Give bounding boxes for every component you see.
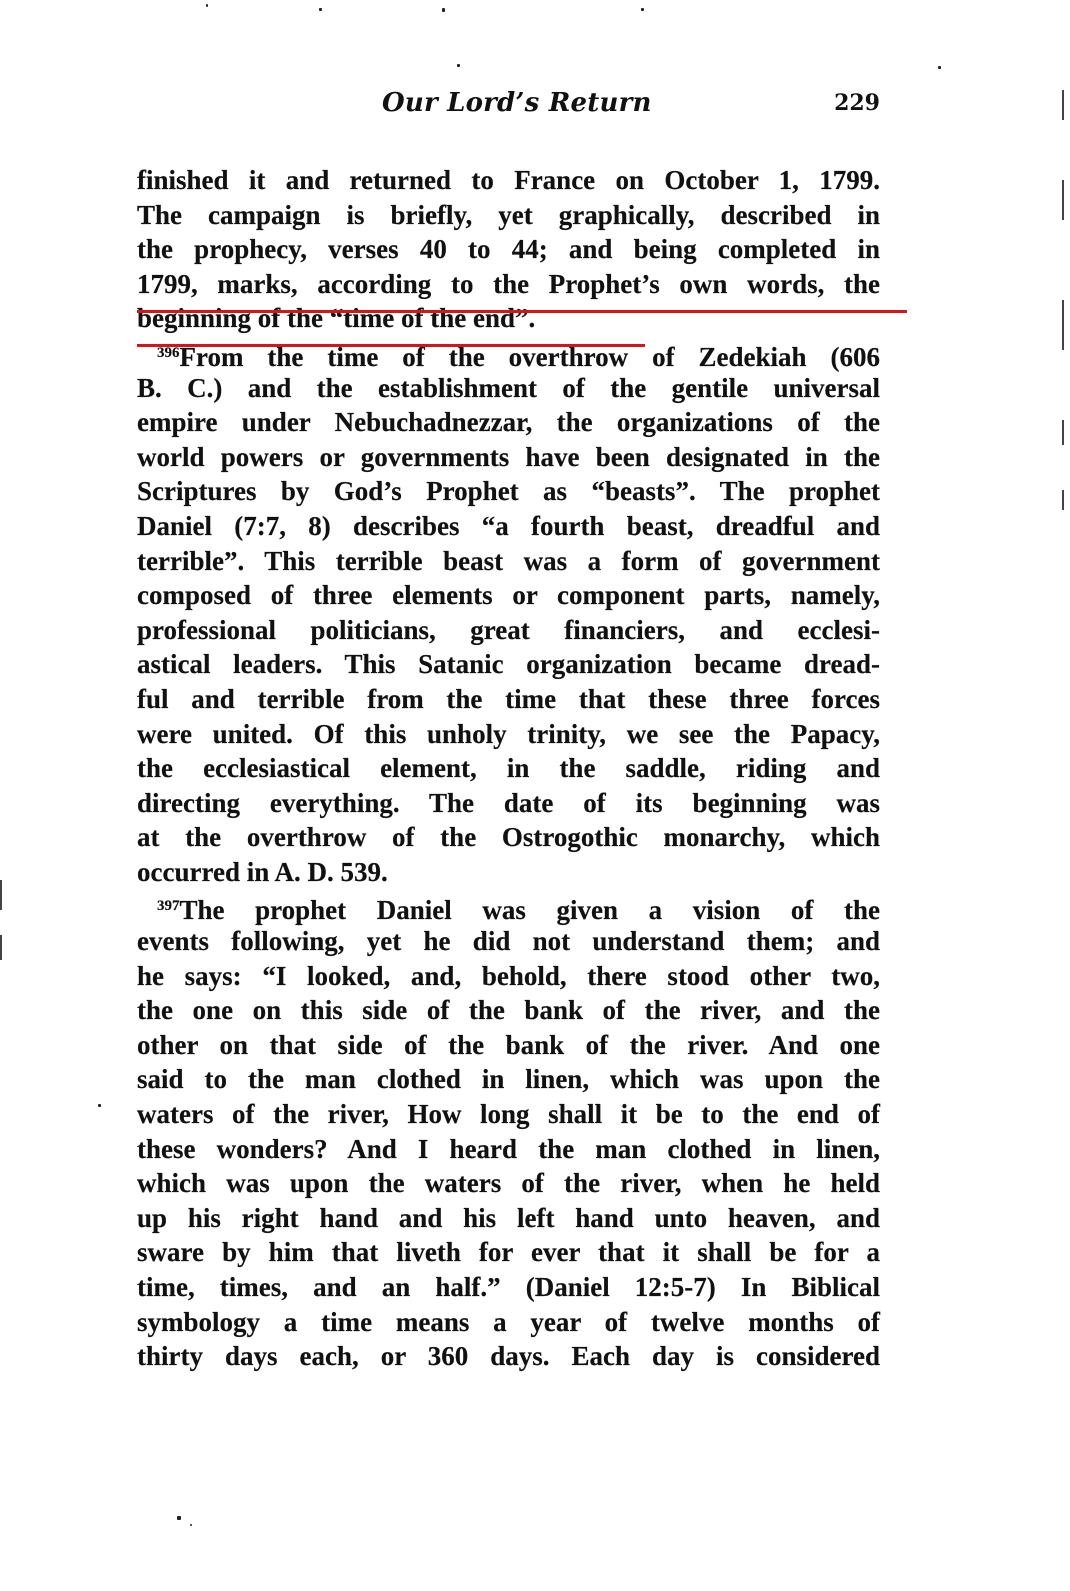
text-line: the prophecy, verses 40 to 44; and being… (137, 232, 880, 267)
scan-edge-mark (0, 880, 2, 910)
scan-speck (938, 66, 941, 69)
text-line: said to the man clothed in linen, which … (137, 1062, 880, 1097)
text-line: thirty days each, or 360 days. Each day … (137, 1339, 880, 1374)
text-line: these wonders? And I heard the man cloth… (137, 1132, 880, 1167)
text-line: time, times, and an half.” (Daniel 12:5-… (137, 1270, 880, 1305)
scan-speck (177, 1516, 181, 1520)
text-line: astical leaders. This Satanic organizati… (137, 647, 880, 682)
scan-speck (98, 1104, 101, 1107)
text-line: he says: “I looked, and, behold, there s… (137, 959, 880, 994)
text-line: terrible”. This terrible beast was a for… (137, 544, 880, 579)
text-line: The campaign is briefly, yet graphically… (137, 198, 880, 233)
text-line: The prophet Daniel was given a vision of… (180, 895, 881, 925)
red-underline-2 (137, 344, 645, 347)
page-number: 229 (834, 90, 880, 116)
text-line: other on that side of the bank of the ri… (137, 1028, 880, 1063)
scan-edge-mark (1062, 90, 1064, 120)
text-line: professional politicians, great financie… (137, 613, 880, 648)
text-line: waters of the river, How long shall it b… (137, 1097, 880, 1132)
paragraph-number: 397 (157, 898, 180, 914)
text-line: which was upon the waters of the river, … (137, 1166, 880, 1201)
scan-speck (457, 64, 460, 67)
scan-edge-mark (1062, 300, 1064, 350)
text-line: the ecclesiastical element, in the saddl… (137, 751, 880, 786)
scan-speck (206, 4, 208, 7)
scan-edge-mark (1062, 490, 1064, 510)
running-head: Our Lord’s Return 229 (137, 88, 880, 128)
paragraph-396: 396From the time of the overthrow of Zed… (137, 336, 880, 890)
running-title: Our Lord’s Return (382, 88, 652, 118)
text-line: symbology a time means a year of twelve … (137, 1305, 880, 1340)
text-line: up his right hand and his left hand unto… (137, 1201, 880, 1236)
text-line: were united. Of this unholy trinity, we … (137, 717, 880, 752)
scan-speck (319, 8, 322, 11)
text-line: composed of three elements or component … (137, 578, 880, 613)
scan-speck (190, 1524, 192, 1526)
text-line: empire under Nebuchadnezzar, the organiz… (137, 405, 880, 440)
scanned-book-page: Our Lord’s Return 229 finished it and re… (0, 0, 1070, 1591)
text-line-underlined: 1799, marks, according to the Prophet’s … (137, 267, 880, 302)
text-line: directing everything. The date of its be… (137, 786, 880, 821)
text-line: sware by him that liveth for ever that i… (137, 1235, 880, 1270)
text-line: world powers or governments have been de… (137, 440, 880, 475)
scan-edge-mark (0, 935, 2, 960)
text-line: Daniel (7:7, 8) describes “a fourth beas… (137, 509, 880, 544)
text-line: at the overthrow of the Ostrogothic mona… (137, 820, 880, 855)
text-line: B. C.) and the establishment of the gent… (137, 371, 880, 406)
paragraph-number: 396 (157, 345, 180, 361)
text-line: ful and terrible from the time that thes… (137, 682, 880, 717)
text-line: the one on this side of the bank of the … (137, 993, 880, 1028)
scan-edge-mark (1062, 420, 1064, 445)
text-line: Scriptures by God’s Prophet as “beasts”.… (137, 474, 880, 509)
paragraph-397: 397The prophet Daniel was given a vision… (137, 889, 880, 1373)
scan-speck (641, 8, 644, 11)
text-line: events following, yet he did not underst… (137, 924, 880, 959)
red-underline-1 (137, 310, 907, 313)
scan-edge-mark (1062, 180, 1064, 220)
text-line: finished it and returned to France on Oc… (137, 163, 880, 198)
scan-speck (442, 8, 445, 12)
text-line-underlined: beginning of the “time of the end”. (137, 301, 880, 336)
text-line: occurred in A. D. 539. (137, 855, 880, 890)
